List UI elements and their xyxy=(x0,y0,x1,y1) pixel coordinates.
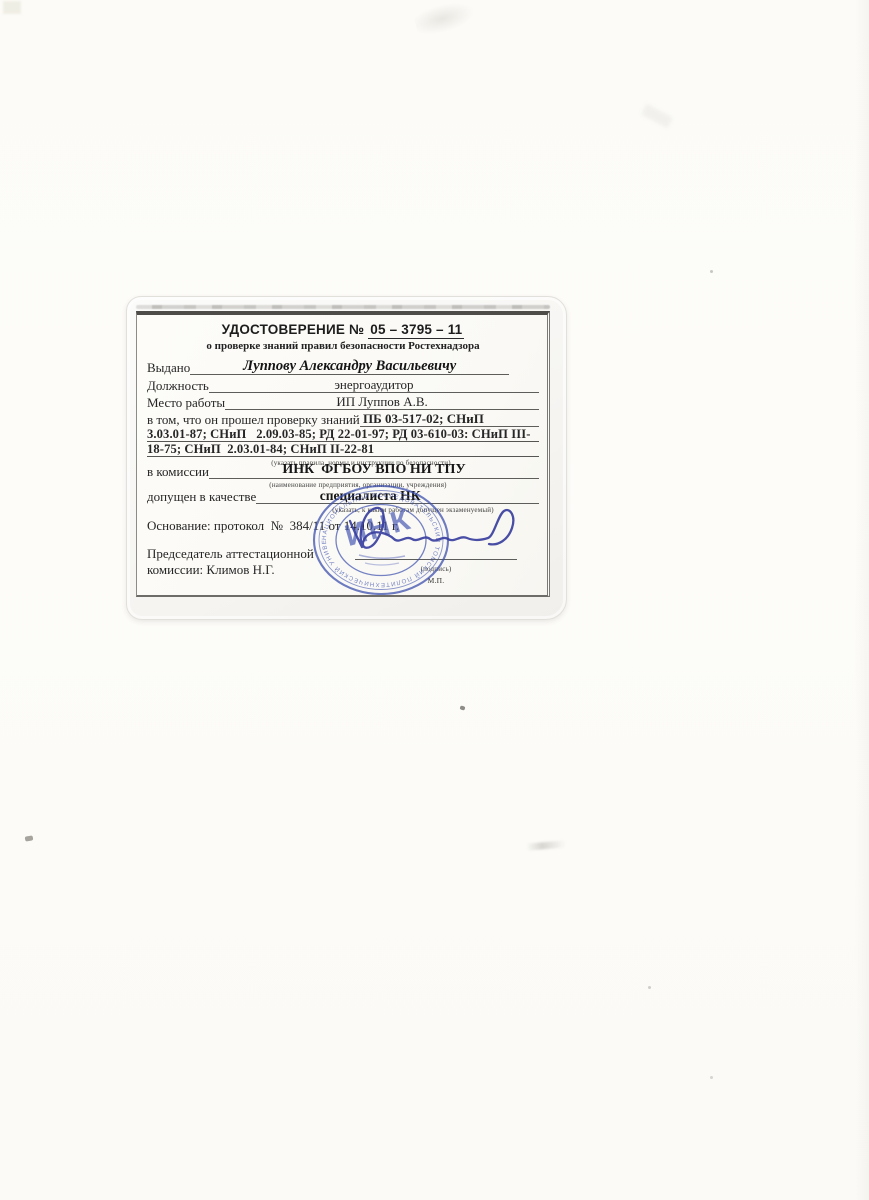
scan-speck xyxy=(710,270,713,273)
certificate-subtitle: о проверке знаний правил безопасности Ро… xyxy=(147,341,539,353)
workplace-row: Место работы ИП Луппов А.В. xyxy=(147,393,539,410)
knowledge-check-label: в том, что он прошел проверку знаний xyxy=(147,413,360,427)
scan-smudge xyxy=(641,104,673,129)
commission-label: в комиссии xyxy=(147,465,209,479)
scan-smudge xyxy=(413,0,478,39)
rules-line-3: 18-75; СНиП 2.03.01-84; СНиП II-22-81 xyxy=(147,443,539,457)
rules-row-2: 3.03.01-87; СНиП 2.09.03-85; РД 22-01-97… xyxy=(147,426,539,442)
admitted-row: допущен в качестве специалиста НК xyxy=(147,487,539,504)
certificate-paper: УДОСТОВЕРЕНИЕ № 05 – 3795 – 11 о проверк… xyxy=(136,311,550,597)
knowledge-check-row: в том, что он прошел проверку знаний ПБ … xyxy=(147,410,539,427)
scan-smudge xyxy=(3,1,21,14)
rules-row-3: 18-75; СНиП 2.03.01-84; СНиП II-22-81 xyxy=(147,441,539,457)
basis-row: Основание: протокол № 384/11 от 14.10.11… xyxy=(147,517,539,533)
scan-speck xyxy=(648,986,651,989)
title-prefix: УДОСТОВЕРЕНИЕ № xyxy=(222,322,365,337)
certificate-number: 05 – 3795 – 11 xyxy=(368,322,464,339)
rules-line-2: 3.03.01-87; СНиП 2.09.03-85; РД 22-01-97… xyxy=(147,428,539,442)
position-row: Должность энергоаудитор xyxy=(147,376,539,393)
issued-row: Выдано Луппову Александру Васильевичу xyxy=(147,357,539,375)
signature-line xyxy=(355,547,517,560)
admitted-value: специалиста НК xyxy=(256,489,539,504)
position-value: энергоаудитор xyxy=(209,378,539,393)
issued-label: Выдано xyxy=(147,361,190,375)
lamination-edge xyxy=(136,305,550,309)
scanned-page: УДОСТОВЕРЕНИЕ № 05 – 3795 – 11 о проверк… xyxy=(0,0,869,1200)
scan-speck xyxy=(25,835,34,841)
scan-speck xyxy=(710,1076,713,1079)
commission-row: в комиссии ИНК ФГБОУ ВПО НИ ТПУ xyxy=(147,462,539,479)
workplace-label: Место работы xyxy=(147,396,225,410)
admitted-label: допущен в качестве xyxy=(147,490,256,504)
admitted-caption: (указать, к каким работам допущен экзаме… xyxy=(287,506,539,514)
workplace-value: ИП Луппов А.В. xyxy=(225,395,539,410)
scan-speck xyxy=(459,705,465,710)
certificate-card: УДОСТОВЕРЕНИЕ № 05 – 3795 – 11 о проверк… xyxy=(126,296,567,620)
seal-caption: М.П. xyxy=(355,576,517,585)
commission-value: ИНК ФГБОУ ВПО НИ ТПУ xyxy=(209,463,539,479)
rules-line-1: ПБ 03-517-02; СНиП xyxy=(360,412,539,427)
scan-smudge xyxy=(526,840,566,850)
certificate-title: УДОСТОВЕРЕНИЕ № 05 – 3795 – 11 xyxy=(147,323,539,337)
signature-caption: (подпись) xyxy=(355,565,517,573)
position-label: Должность xyxy=(147,379,209,393)
issued-value: Луппову Александру Васильевичу xyxy=(190,359,509,375)
